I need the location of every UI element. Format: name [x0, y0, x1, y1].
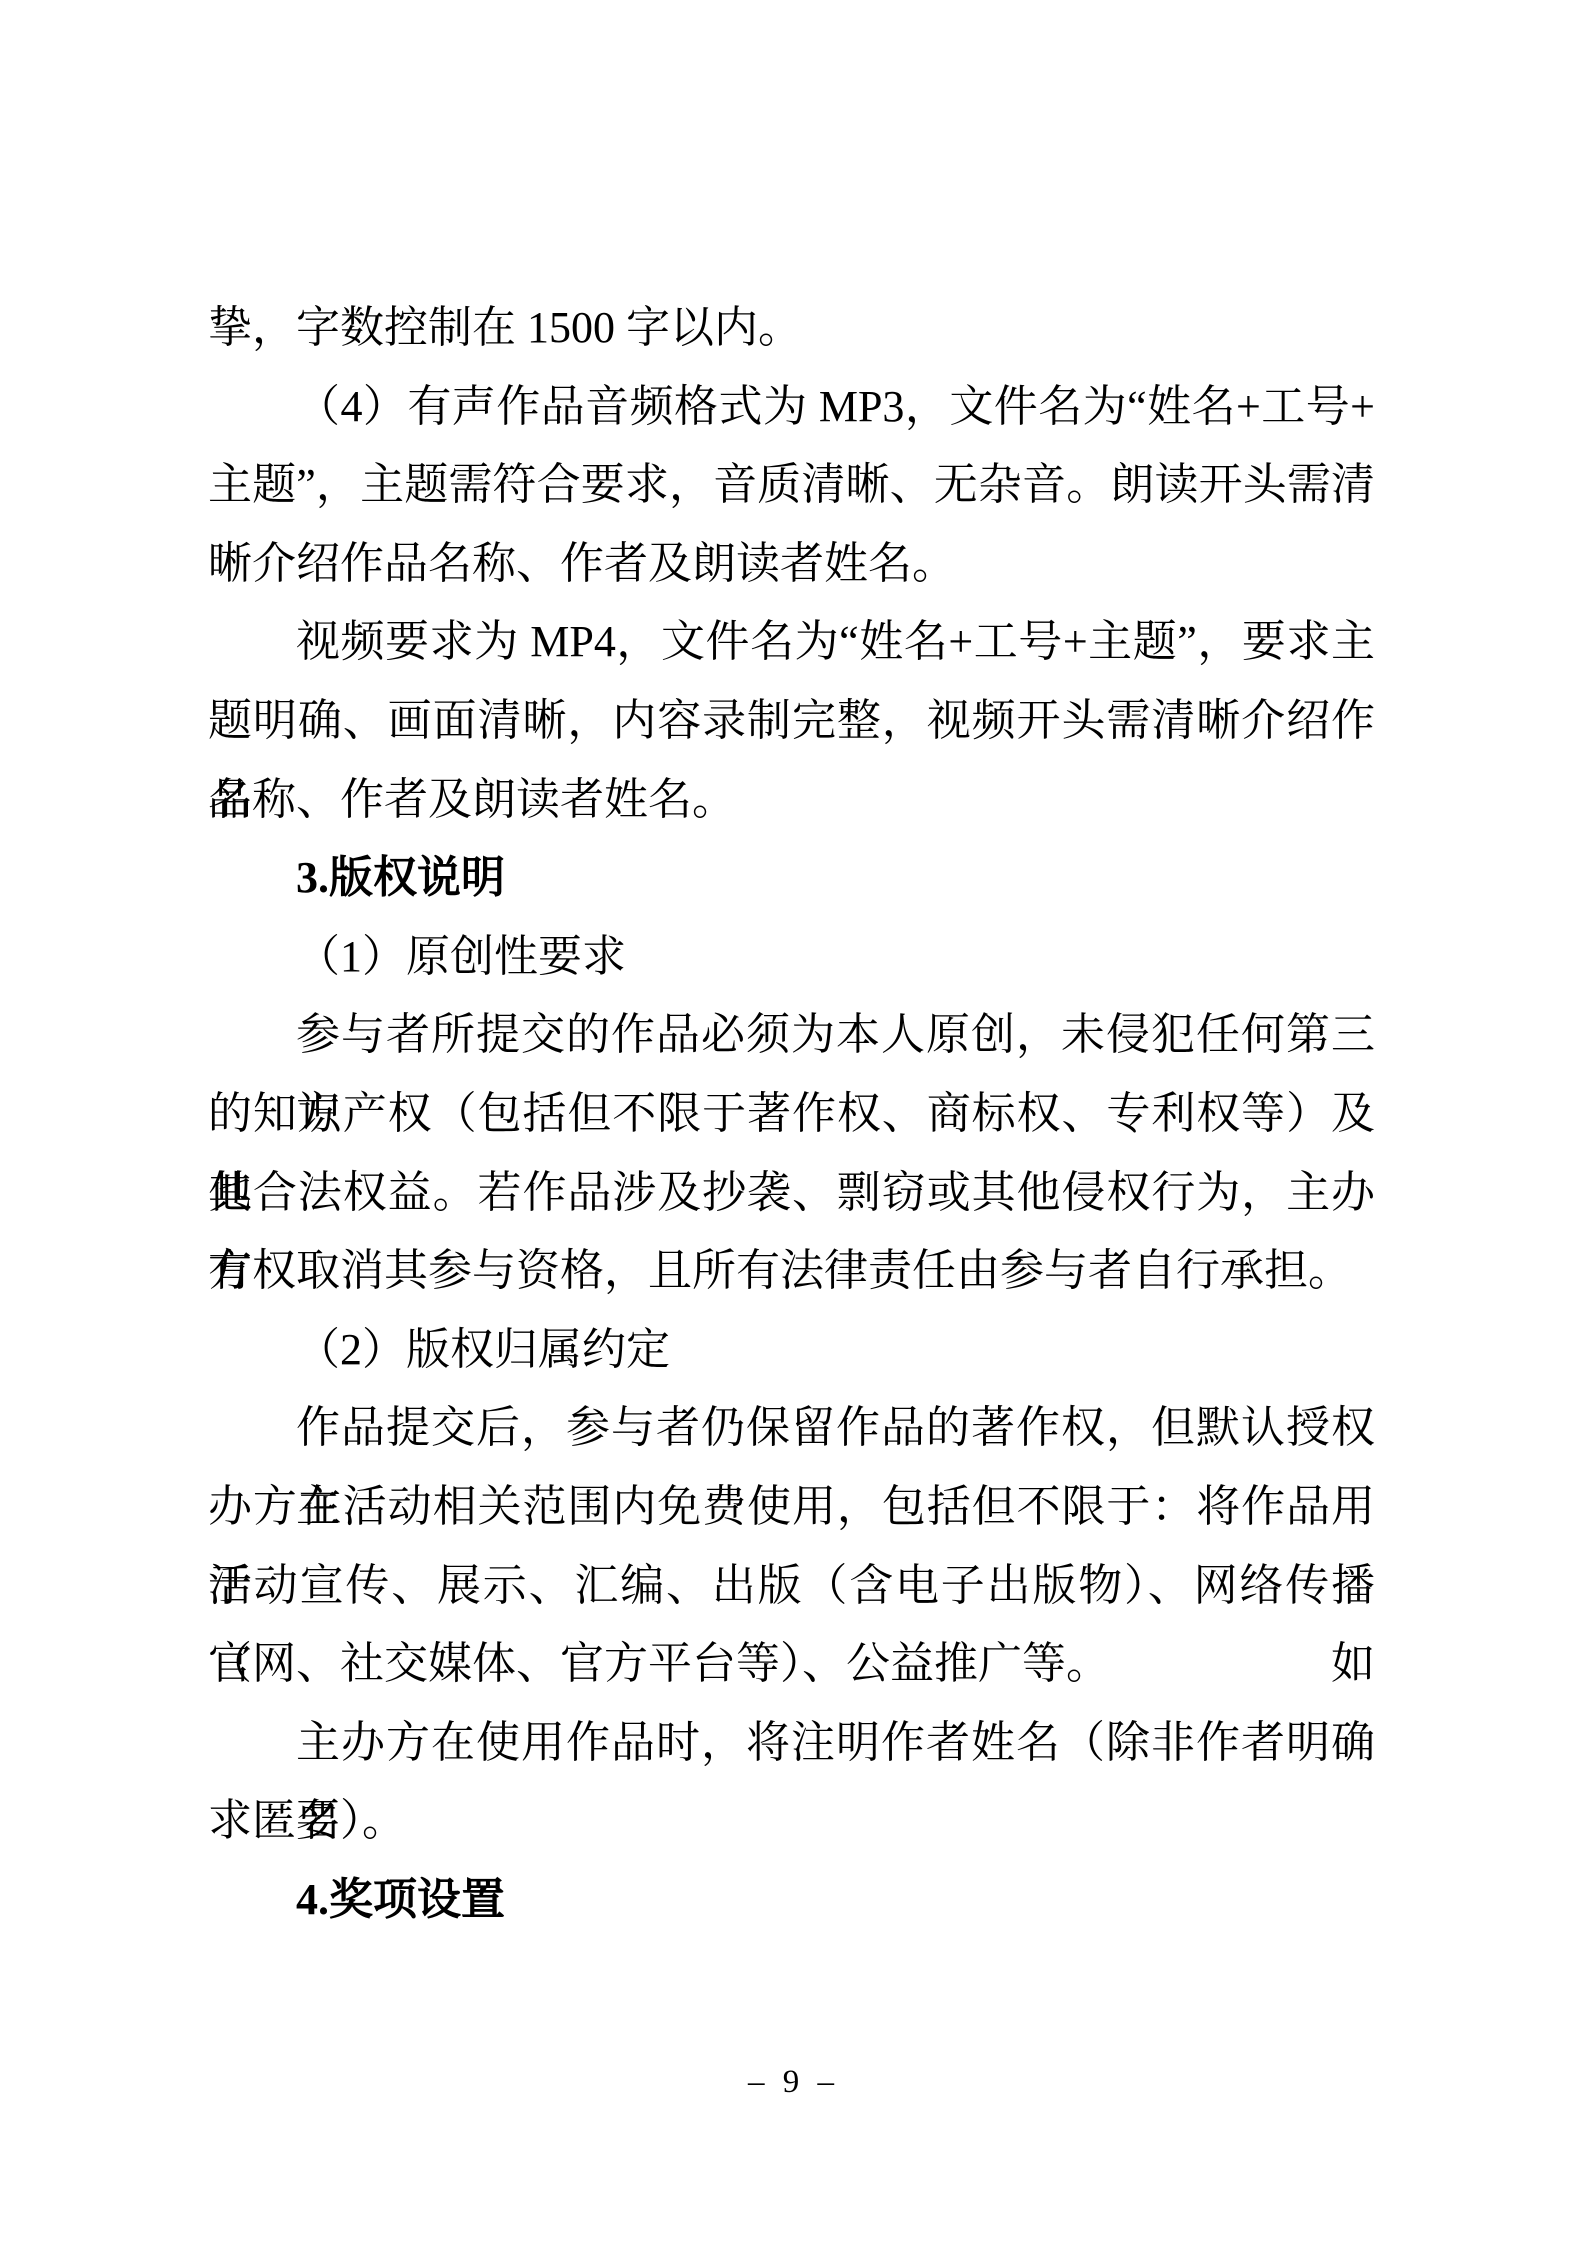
- text-line: 名称、作者及朗读者姓名。: [208, 761, 1375, 840]
- text-line: 求匿名）。: [208, 1782, 1375, 1861]
- document-text-block: 挚，字数控制在 1500 字以内。（4）有声作品音频格式为 MP3，文件名为“姓…: [208, 289, 1375, 1939]
- section-heading: 3.版权说明: [208, 839, 1375, 918]
- text-line: 视频要求为 MP4，文件名为“姓名+工号+主题”，要求主: [208, 603, 1375, 682]
- text-line: 主题”，主题需符合要求，音质清晰、无杂音。朗读开头需清: [208, 446, 1375, 525]
- text-line: 晰介绍作品名称、作者及朗读者姓名。: [208, 525, 1375, 604]
- text-line: （4）有声作品音频格式为 MP3，文件名为“姓名+工号+: [208, 368, 1375, 447]
- text-line: 题明确、画面清晰，内容录制完整，视频开头需清晰介绍作品: [208, 682, 1375, 761]
- page-number: – 9 –: [0, 2062, 1587, 2102]
- text-line: 有权取消其参与资格，且所有法律责任由参与者自行承担。: [208, 1232, 1375, 1311]
- document-page: 挚，字数控制在 1500 字以内。（4）有声作品音频格式为 MP3，文件名为“姓…: [0, 0, 1587, 2245]
- text-line: 主办方在使用作品时，将注明作者姓名（除非作者明确要: [208, 1704, 1375, 1783]
- text-line: 挚，字数控制在 1500 字以内。: [208, 289, 1375, 368]
- text-line: 活动宣传、展示、汇编、出版（含电子出版物）、网络传播（如: [208, 1547, 1375, 1626]
- text-line: 他合法权益。若作品涉及抄袭、剽窃或其他侵权行为，主办方: [208, 1154, 1375, 1233]
- text-line: （2）版权归属约定: [208, 1311, 1375, 1390]
- section-heading: 4.奖项设置: [208, 1861, 1375, 1940]
- text-line: 作品提交后，参与者仍保留作品的著作权，但默认授权主: [208, 1389, 1375, 1468]
- text-line: 的知识产权（包括但不限于著作权、商标权、专利权等）及其: [208, 1075, 1375, 1154]
- text-line: （1）原创性要求: [208, 918, 1375, 997]
- text-line: 办方在活动相关范围内免费使用，包括但不限于：将作品用于: [208, 1468, 1375, 1547]
- text-line: 参与者所提交的作品必须为本人原创，未侵犯任何第三方: [208, 996, 1375, 1075]
